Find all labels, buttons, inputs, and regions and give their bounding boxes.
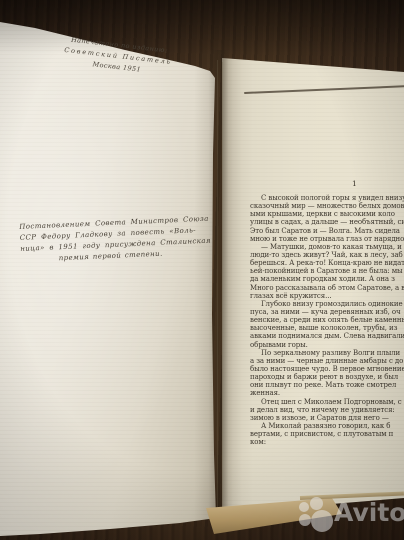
text-line: венские, а среди них опять белые каменны… — [250, 316, 404, 324]
text-line: сказочный мир — множество белых домов с — [250, 202, 404, 210]
text-line: мною и тоже не отрывала глаз от нарядно — [250, 235, 404, 243]
text-line: женная. — [250, 389, 404, 397]
chapter-text-block: 1 С высокой пологой горы я увидел внизу,… — [250, 180, 404, 446]
gutter-fold-line — [222, 62, 223, 512]
text-line: Отец шел с Миколаем Подгорновым, с — [250, 398, 404, 406]
text-line: Много рассказывала об этом Саратове, а в — [250, 284, 404, 292]
text-line: обрывами горы. — [250, 341, 404, 349]
text-line: ыми крышами, церкви с высокими коло — [250, 210, 404, 218]
text-line: пароходы и баржи реют в воздухе, и был — [250, 373, 404, 381]
text-line: Это был Саратов и — Волга. Мать сидела — [250, 227, 404, 235]
chapter-number: 1 — [352, 180, 404, 194]
text-line: авками поднимался дым. Слева надвигались — [250, 332, 404, 340]
book-photo: Напечатано по изданию: Советский Писател… — [0, 0, 404, 540]
text-line: Глубоко внизу громоздились одинокие — [250, 300, 404, 308]
text-line: улицы в садах, а дальше — необъятный, си — [250, 218, 404, 226]
text-line: — Матушки, домов-то какая тьмуща, и — [250, 243, 404, 251]
avito-wordmark: Avito — [334, 498, 404, 527]
text-line: да маленьким городкам ходили. А она з — [250, 275, 404, 283]
avito-logo-icon — [299, 502, 309, 512]
text-line: По зеркальному разливу Волги плыли — [250, 349, 404, 357]
text-line: А Миколай развязно говорил, как б — [250, 422, 404, 430]
award-note-block: Постановлением Совета Министров Союза СС… — [19, 214, 201, 266]
text-line: ьей-покойницей в Саратове я не была: мы — [250, 267, 404, 275]
text-line: высоченные, выше колоколен, трубы, из — [250, 324, 404, 332]
book-left-page — [0, 14, 220, 538]
text-line: вертами, с присвистом, с плутоватым п — [250, 430, 404, 438]
gutter-fold-line — [217, 60, 218, 512]
text-line: берешься. А река-то! Конца-краю не видат… — [250, 259, 404, 267]
text-line: глазах всё кружится... — [250, 292, 404, 300]
text-line: пуса, за ними — куча деревянных изб, оч — [250, 308, 404, 316]
text-line: ком: — [250, 438, 404, 446]
text-line: а за ними — черные длинные амбары с до — [250, 357, 404, 365]
avito-logo-icon — [311, 510, 333, 532]
text-line: было настоящее чудо. В первое мгновение — [250, 365, 404, 373]
text-line: они плывут по реке. Мать тоже смотрел — [250, 381, 404, 389]
avito-logo-icon — [310, 497, 323, 510]
avito-logo-icon — [299, 514, 311, 526]
text-line: и делал вид, что ничему не удивляется: — [250, 406, 404, 414]
text-line: зимою в извозе, и Саратов для него — — [250, 414, 404, 422]
text-line: люди-то здесь живут? Чай, как в лесу, за… — [250, 251, 404, 259]
avito-watermark: Avito — [286, 492, 404, 540]
text-line: С высокой пологой горы я увидел внизу, в — [250, 194, 404, 202]
